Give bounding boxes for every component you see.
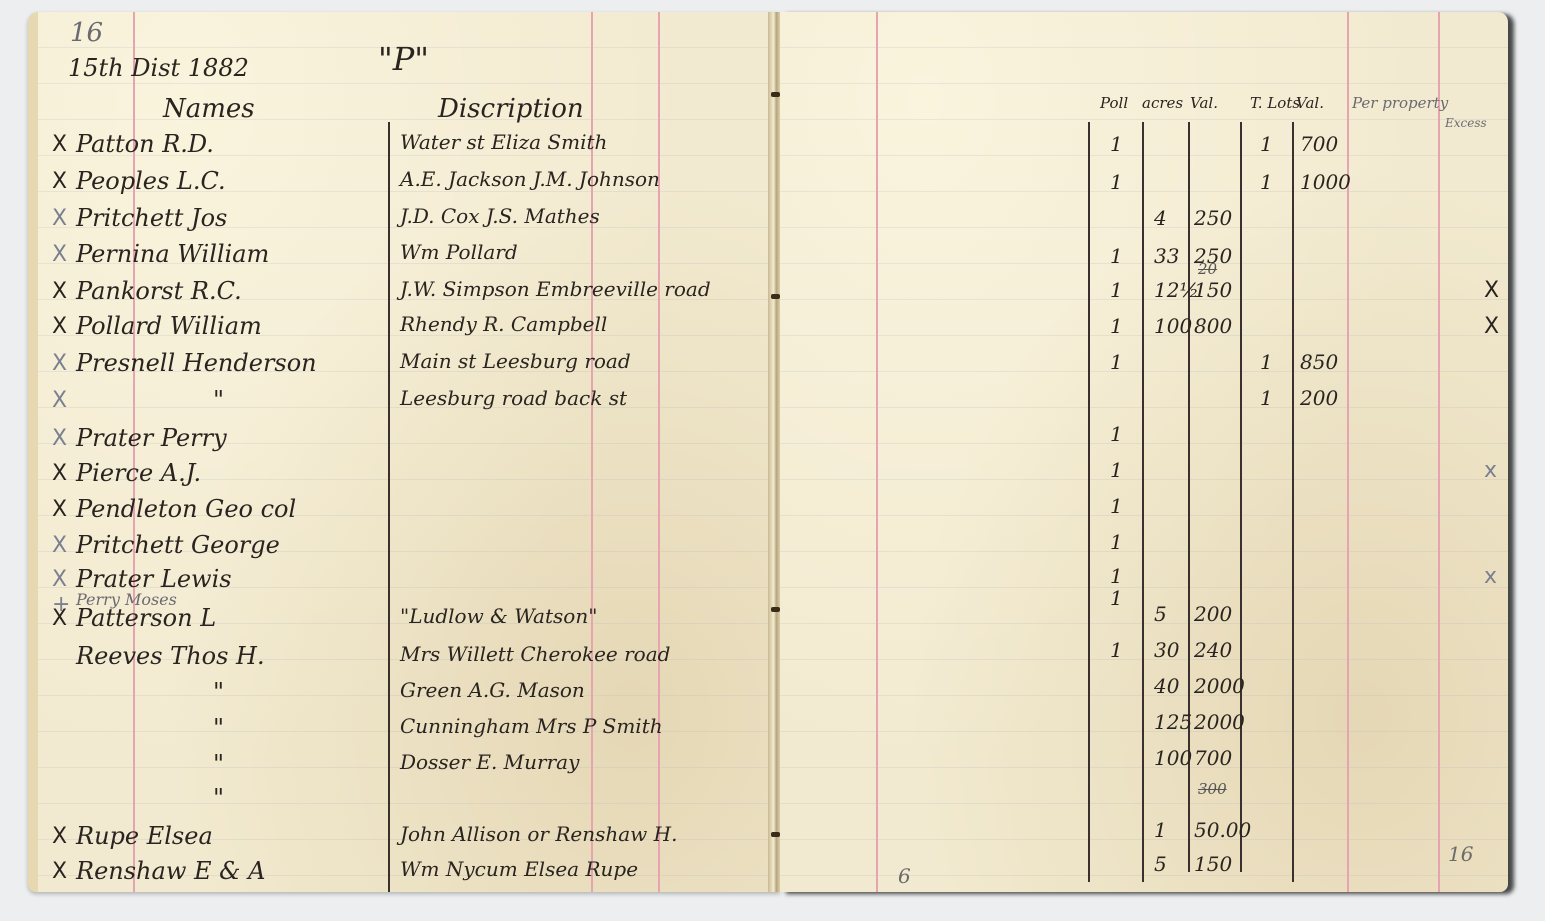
cell-poll: 1 xyxy=(1110,132,1123,156)
cell-acres-val: 250 xyxy=(1194,206,1232,230)
entry-name: Pendleton Geo col xyxy=(76,495,296,523)
entry-name: " xyxy=(213,386,224,414)
cell-acres: 30 xyxy=(1154,638,1179,662)
margin-check-icon: x xyxy=(1484,564,1497,589)
cell-poll: 1 xyxy=(1110,170,1123,194)
page-number: 16 xyxy=(70,18,103,48)
entry-name: Peoples L.C. xyxy=(76,167,226,195)
cell-poll: 1 xyxy=(1110,530,1123,554)
check-mark-icon: X xyxy=(52,169,67,194)
lots-val-left-rule xyxy=(1292,122,1294,882)
cell-acres-val: 240 xyxy=(1194,638,1232,662)
lots-val-header: Val. xyxy=(1296,94,1324,112)
check-mark-icon: X xyxy=(52,279,67,304)
struck-value: 300 xyxy=(1198,780,1227,798)
cell-town-lots: 1 xyxy=(1260,350,1273,374)
entry-description: A.E. Jackson J.M. Johnson xyxy=(400,167,660,191)
check-mark-icon: X xyxy=(52,567,67,592)
cell-lots-val: 850 xyxy=(1300,350,1338,374)
cell-poll: 1 xyxy=(1110,458,1123,482)
page-number-center: 6 xyxy=(898,864,911,888)
acres-left-rule xyxy=(1142,122,1144,882)
binding-stitch xyxy=(771,607,780,612)
cell-acres-val: 700 xyxy=(1194,746,1232,770)
open-ledger-book: 16 15th Dist 1882 "P" Names Discription … xyxy=(28,12,1508,892)
check-mark-icon: X xyxy=(52,426,67,451)
column-rule xyxy=(658,12,660,892)
cell-acres-val: 2000 xyxy=(1194,710,1245,734)
check-mark-icon: X xyxy=(52,859,67,884)
entry-description: Main st Leesburg road xyxy=(400,349,631,373)
entry-name: Presnell Henderson xyxy=(76,349,317,377)
entry-description: Green A.G. Mason xyxy=(400,678,585,702)
entry-name: Rupe Elsea xyxy=(76,822,213,850)
cell-lots-val: 700 xyxy=(1300,132,1338,156)
poll-header: Poll xyxy=(1100,94,1128,112)
entry-description: Water st Eliza Smith xyxy=(400,130,607,154)
cell-town-lots: 1 xyxy=(1260,132,1273,156)
margin-check-icon: X xyxy=(1484,314,1499,339)
entry-name: Reeves Thos H. xyxy=(76,642,265,670)
entry-name: Pierce A.J. xyxy=(76,459,201,487)
margin-check-icon: x xyxy=(1484,458,1497,483)
binding-stitch xyxy=(771,294,780,299)
entry-name: Pollard William xyxy=(76,312,262,340)
check-mark-icon: X xyxy=(52,824,67,849)
acres-val-header: Val. xyxy=(1190,94,1218,112)
acres-header: acres xyxy=(1142,94,1183,112)
entry-name: Pankorst R.C. xyxy=(76,277,242,305)
cell-lots-val: 200 xyxy=(1300,386,1338,410)
cell-acres: 100 xyxy=(1154,746,1192,770)
check-mark-icon: X xyxy=(52,206,67,231)
town-lots-header: T. Lots xyxy=(1250,94,1300,112)
cell-acres-val: 150 xyxy=(1194,852,1232,876)
excess-header: Excess xyxy=(1445,116,1487,130)
cell-acres: 12½ xyxy=(1154,278,1199,302)
section-letter: "P" xyxy=(378,40,429,78)
entry-description: Mrs Willett Cherokee road xyxy=(400,642,670,666)
check-mark-icon: X xyxy=(52,461,67,486)
entry-description: Dosser E. Murray xyxy=(400,750,579,774)
check-mark-icon: X xyxy=(52,242,67,267)
cell-town-lots: 1 xyxy=(1260,386,1273,410)
cell-poll: 1 xyxy=(1110,278,1123,302)
cell-acres: 1 xyxy=(1154,818,1167,842)
margin-check-icon: X xyxy=(1484,278,1499,303)
entry-description: "Ludlow & Watson" xyxy=(400,604,597,628)
entry-name: Pritchett Jos xyxy=(76,204,227,232)
cell-acres: 100 xyxy=(1154,314,1192,338)
right-page: Poll acres Val. T. Lots Val. Per propert… xyxy=(780,12,1508,892)
cell-poll: 1 xyxy=(1110,564,1123,588)
cell-acres: 125 xyxy=(1154,710,1192,734)
entry-description: Wm Pollard xyxy=(400,240,518,264)
margin-rule xyxy=(876,12,878,892)
cell-poll: 1 xyxy=(1110,422,1123,446)
entry-description: J.W. Simpson Embreeville road xyxy=(400,277,711,301)
binding-stitch xyxy=(771,92,780,97)
description-header: Discription xyxy=(438,94,584,124)
entry-name: " xyxy=(213,750,224,778)
check-mark-icon: X xyxy=(52,606,67,631)
poll-left-rule xyxy=(1088,122,1090,882)
cell-poll: 1 xyxy=(1110,350,1123,374)
district-heading: 15th Dist 1882 xyxy=(68,54,249,82)
entry-name: Patterson L xyxy=(76,604,216,632)
struck-value: 20 xyxy=(1198,260,1217,278)
cell-town-lots: 1 xyxy=(1260,170,1273,194)
cell-poll: 1 xyxy=(1110,494,1123,518)
cell-poll: 1 xyxy=(1110,586,1123,610)
column-rule xyxy=(1438,12,1440,892)
entry-description: J.D. Cox J.S. Mathes xyxy=(400,204,600,228)
cell-acres-val: 150 xyxy=(1194,278,1232,302)
check-mark-icon: X xyxy=(52,351,67,376)
cell-lots-val: 1000 xyxy=(1300,170,1351,194)
check-mark-icon: X xyxy=(52,314,67,339)
left-page: 16 15th Dist 1882 "P" Names Discription … xyxy=(28,12,780,892)
entry-name: " xyxy=(213,678,224,706)
per-property-header: Per property xyxy=(1352,94,1448,112)
binding-stitch xyxy=(771,832,780,837)
column-rule xyxy=(1347,12,1349,892)
names-header: Names xyxy=(163,94,255,124)
lots-left-rule xyxy=(1240,122,1242,872)
cell-acres: 5 xyxy=(1154,602,1167,626)
cell-acres: 33 xyxy=(1154,244,1179,268)
check-mark-icon: X xyxy=(52,388,67,413)
entry-name: " xyxy=(213,784,224,812)
entry-description: Cunningham Mrs P Smith xyxy=(400,714,663,738)
entry-description: Wm Nycum Elsea Rupe xyxy=(400,857,638,881)
entry-description: Rhendy R. Campbell xyxy=(400,312,607,336)
cell-acres-val: 800 xyxy=(1194,314,1232,338)
cell-acres: 4 xyxy=(1154,206,1167,230)
entry-name: Pernina William xyxy=(76,240,269,268)
cell-acres-val: 200 xyxy=(1194,602,1232,626)
cell-poll: 1 xyxy=(1110,638,1123,662)
page-number-right: 16 xyxy=(1448,842,1473,866)
cell-acres: 5 xyxy=(1154,852,1167,876)
entry-description: Leesburg road back st xyxy=(400,386,627,410)
entry-name: Pritchett George xyxy=(76,531,280,559)
entry-name: Prater Lewis xyxy=(76,565,232,593)
cell-poll: 1 xyxy=(1110,244,1123,268)
cell-acres-val: 2000 xyxy=(1194,674,1245,698)
cell-poll: 1 xyxy=(1110,314,1123,338)
entry-name: Prater Perry xyxy=(76,424,227,452)
entry-name: Patton R.D. xyxy=(76,130,214,158)
entry-description: John Allison or Renshaw H. xyxy=(400,822,677,846)
entry-name: Renshaw E & A xyxy=(76,857,265,885)
check-mark-icon: X xyxy=(52,533,67,558)
check-mark-icon: X xyxy=(52,497,67,522)
entry-name: " xyxy=(213,714,224,742)
names-description-divider xyxy=(388,122,390,892)
cell-acres: 40 xyxy=(1154,674,1179,698)
check-mark-icon: X xyxy=(52,132,67,157)
cell-acres-val: 50.00 xyxy=(1194,818,1251,842)
